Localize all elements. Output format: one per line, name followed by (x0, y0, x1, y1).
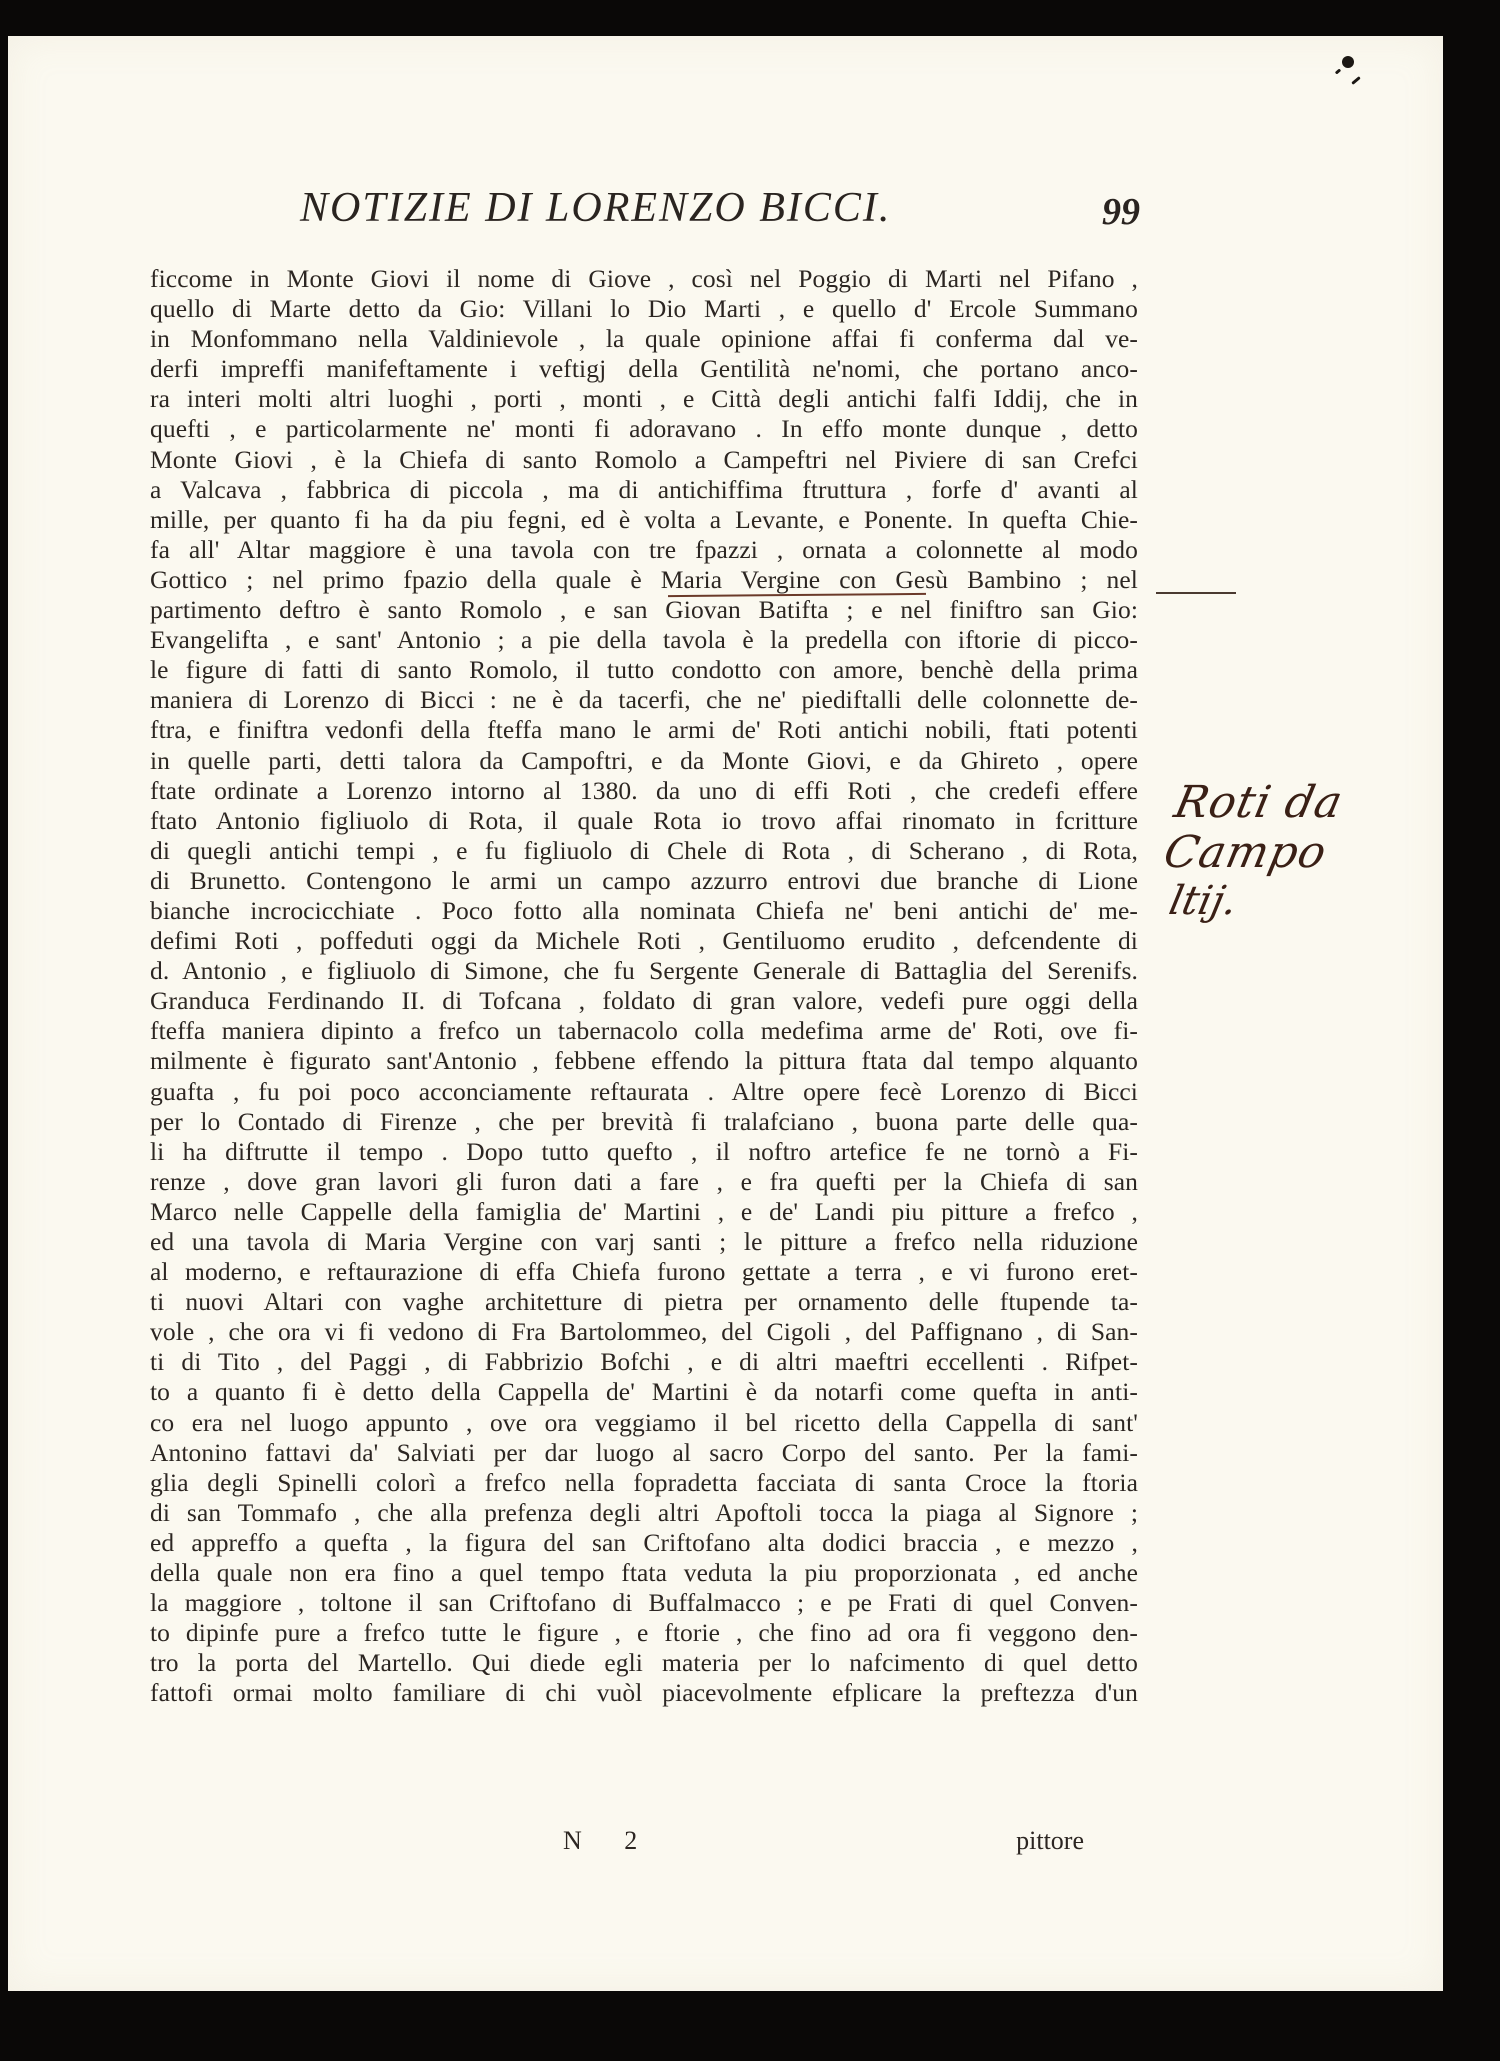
text-line: li ha diftrutte il tempo . Dopo tutto qu… (150, 1137, 1138, 1167)
text-line: ftate ordinate a Lorenzo intorno al 1380… (150, 776, 1138, 806)
page-number: 99 (1102, 190, 1140, 234)
text-line: derfi impreffi manifeftamente i veftigj … (150, 354, 1138, 384)
text-line: fa all' Altar maggiore è una tavola con … (150, 535, 1138, 565)
text-line: Evangelifta , e sant' Antonio ; a pie de… (150, 625, 1138, 655)
text-line: milmente è figurato sant'Antonio , febbe… (150, 1046, 1138, 1076)
text-line: Marco nelle Cappelle della famiglia de' … (150, 1197, 1138, 1227)
text-line: ed appreffo a quefta , la figura del san… (150, 1528, 1138, 1558)
text-line: to dipinfe pure a frefco tutte le figure… (150, 1618, 1138, 1648)
text-line: Gottico ; nel primo fpazio della quale è… (150, 565, 1138, 595)
text-line: bianche incrocicchiate . Poco fotto alla… (150, 896, 1138, 926)
text-line: della quale non era fino a quel tempo ft… (150, 1558, 1138, 1588)
text-line: per lo Contado di Firenze , che per brev… (150, 1107, 1138, 1137)
text-line: tro la porta del Martello. Qui diede egl… (150, 1648, 1138, 1678)
ink-speck (1342, 56, 1354, 68)
annotation-line: ltij. (1165, 878, 1465, 924)
text-line: defimi Roti , poffeduti oggi da Michele … (150, 926, 1138, 956)
margin-annotation: Roti da Campo ltij. (1170, 778, 1460, 898)
text-line: di Brunetto. Contengono le armi un campo… (150, 866, 1138, 896)
text-line: partimento deftro è santo Romolo , e san… (150, 595, 1138, 625)
margin-rule-mark (1156, 592, 1236, 594)
running-header: NOTIZIE DI LORENZO BICCI. 99 (300, 184, 1140, 244)
text-line: di san Tommafo , che alla prefenza degli… (150, 1498, 1138, 1528)
text-line: ficcome in Monte Giovi il nome di Giove … (150, 264, 1138, 294)
text-line: Monte Giovi , è la Chiefa di santo Romol… (150, 445, 1138, 475)
text-line: in Monfommano nella Valdinievole , la qu… (150, 324, 1138, 354)
text-line: maniera di Lorenzo di Bicci : ne è da ta… (150, 685, 1138, 715)
text-line: la maggiore , toltone il san Criftofano … (150, 1588, 1138, 1618)
text-line: quello di Marte detto da Gio: Villani lo… (150, 294, 1138, 324)
text-line: al moderno, e reftaurazione di effa Chie… (150, 1257, 1138, 1287)
page-footer: N 2 pittore (150, 1826, 1138, 1862)
text-line: ftato Antonio figliuolo di Rota, il qual… (150, 806, 1138, 836)
running-title: NOTIZIE DI LORENZO BICCI. (300, 184, 891, 232)
annotation-line: Roti da Campo (1159, 778, 1470, 878)
text-line: renze , dove gran lavori gli furon dati … (150, 1167, 1138, 1197)
text-line: ra interi molti altri luoghi , porti , m… (150, 384, 1138, 414)
text-line: ti di Tito , del Paggi , di Fabbrizio Bo… (150, 1347, 1138, 1377)
text-line: d. Antonio , e figliuolo di Simone, che … (150, 956, 1138, 986)
text-line: a Valcava , fabbrica di piccola , ma di … (150, 475, 1138, 505)
text-line: in quelle parti, detti talora da Campoft… (150, 746, 1138, 776)
text-line: ftra, e finiftra vedonfi della fteffa ma… (150, 715, 1138, 745)
text-line: le figure di fatti di santo Romolo, il t… (150, 655, 1138, 685)
ink-speck (1335, 68, 1342, 74)
catchword: pittore (1016, 1826, 1084, 1856)
text-line: fteffa maniera dipinto a frefco un taber… (150, 1016, 1138, 1046)
book-page: NOTIZIE DI LORENZO BICCI. 99 ficcome in … (8, 36, 1443, 1991)
text-line: Antonino fattavi da' Salviati per dar lu… (150, 1438, 1138, 1468)
text-line: vole , che ora vi fi vedono di Fra Barto… (150, 1317, 1138, 1347)
text-line: to a quanto fi è detto della Cappella de… (150, 1377, 1138, 1407)
signature-mark: N 2 (563, 1826, 655, 1856)
body-text: ficcome in Monte Giovi il nome di Giove … (150, 264, 1138, 1709)
text-line: Granduca Ferdinando II. di Tofcana , fol… (150, 986, 1138, 1016)
text-line: di quegli antichi tempi , e fu figliuolo… (150, 836, 1138, 866)
text-line: mille, per quanto fi ha da piu fegni, ed… (150, 505, 1138, 535)
text-line: ed una tavola di Maria Vergine con varj … (150, 1227, 1138, 1257)
text-line: glia degli Spinelli colorì a frefco nell… (150, 1468, 1138, 1498)
text-line: quefti , e particolarmente ne' monti fi … (150, 414, 1138, 444)
text-line: co era nel luogo appunto , ove ora veggi… (150, 1408, 1138, 1438)
ink-speck (1351, 76, 1361, 85)
text-line: fattofi ormai molto familiare di chi vuò… (150, 1678, 1138, 1708)
text-line: ti nuovi Altari con vaghe architetture d… (150, 1287, 1138, 1317)
text-line: guafta , fu poi poco acconciamente refta… (150, 1077, 1138, 1107)
